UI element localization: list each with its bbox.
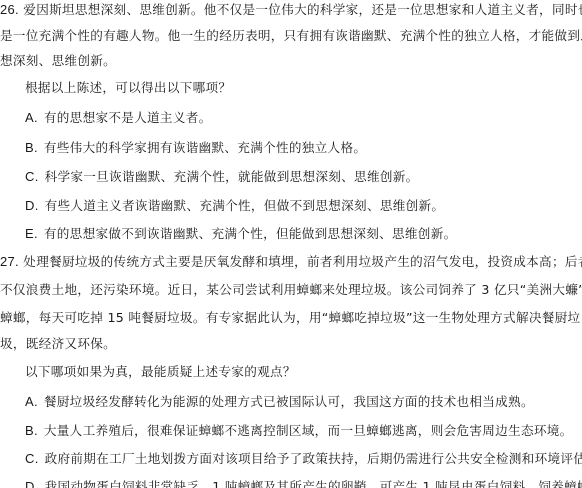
q27-prompt: 以下哪项如果为真，最能质疑上述专家的观点？ [25,364,296,380]
q26-option-b: B.有些伟大的科学家拥有诙谐幽默、充满个性的独立人格。 [25,140,366,156]
q27-stem-line-2: 不仅浪费土地，还污染环境。近日，某公司尝试利用蟑螂来处理垃圾。该公司饲养了 3 … [0,282,582,298]
q26-prompt: 根据以上陈述，可以得出以下哪项？ [25,80,231,96]
question-number: 26. [0,2,19,17]
q27-option-b: B.大量人工养殖后，很难保证蟑螂不逃离控制区域，而一旦蟑螂逃离，则会危害周边生态… [25,423,573,439]
question-number: 27. [0,254,19,269]
q26-stem-line-1: 26. 爱因斯坦思想深刻、思维创新。他不仅是一位伟大的科学家，还是一位思想家和人… [0,2,582,18]
q27-stem-line-4: 圾，既经济又环保。 [0,336,116,352]
q26-stem-line-2: 是一位充满个性的有趣人物。他一生的经历表明，只有拥有诙谐幽默、充满个性的独立人格… [0,28,582,44]
q27-stem-line-3: 蟑螂，每天可吃掉 15 吨餐厨垃圾。有专家据此认为，用“蟑螂吃掉垃圾”这一生物处… [0,310,580,326]
q26-option-d: D.有些人道主义者诙谐幽默、充满个性，但做不到思想深刻、思维创新。 [25,198,444,214]
q27-option-d: D.我国动物蛋白饲料非常缺乏，1 吨蟑螂及其所产生的卵鞘，可产生 1 吨昆虫蛋白… [25,479,582,488]
q27-option-a: A.餐厨垃圾经发酵转化为能源的处理方式已被国际认可，我国这方面的技术也相当成熟。 [25,394,534,410]
q27-stem-line-1: 27. 处理餐厨垃圾的传统方式主要是厌氧发酵和填埋，前者利用垃圾产生的沼气发电，… [0,254,582,270]
q27-option-c: C.政府前期在工厂土地划拨方面对该项目给予了政策扶持，后期仍需进行公共安全检测和… [25,451,582,467]
q26-option-c: C.科学家一旦诙谐幽默、充满个性，就能做到思想深刻、思维创新。 [25,169,419,185]
q26-stem-line-3: 想深刻、思维创新。 [0,53,116,69]
q26-option-e: E.有的思想家做不到诙谐幽默、充满个性，但能做到思想深刻、思维创新。 [25,226,457,242]
q26-option-a: A.有的思想家不是人道主义者。 [25,110,212,126]
